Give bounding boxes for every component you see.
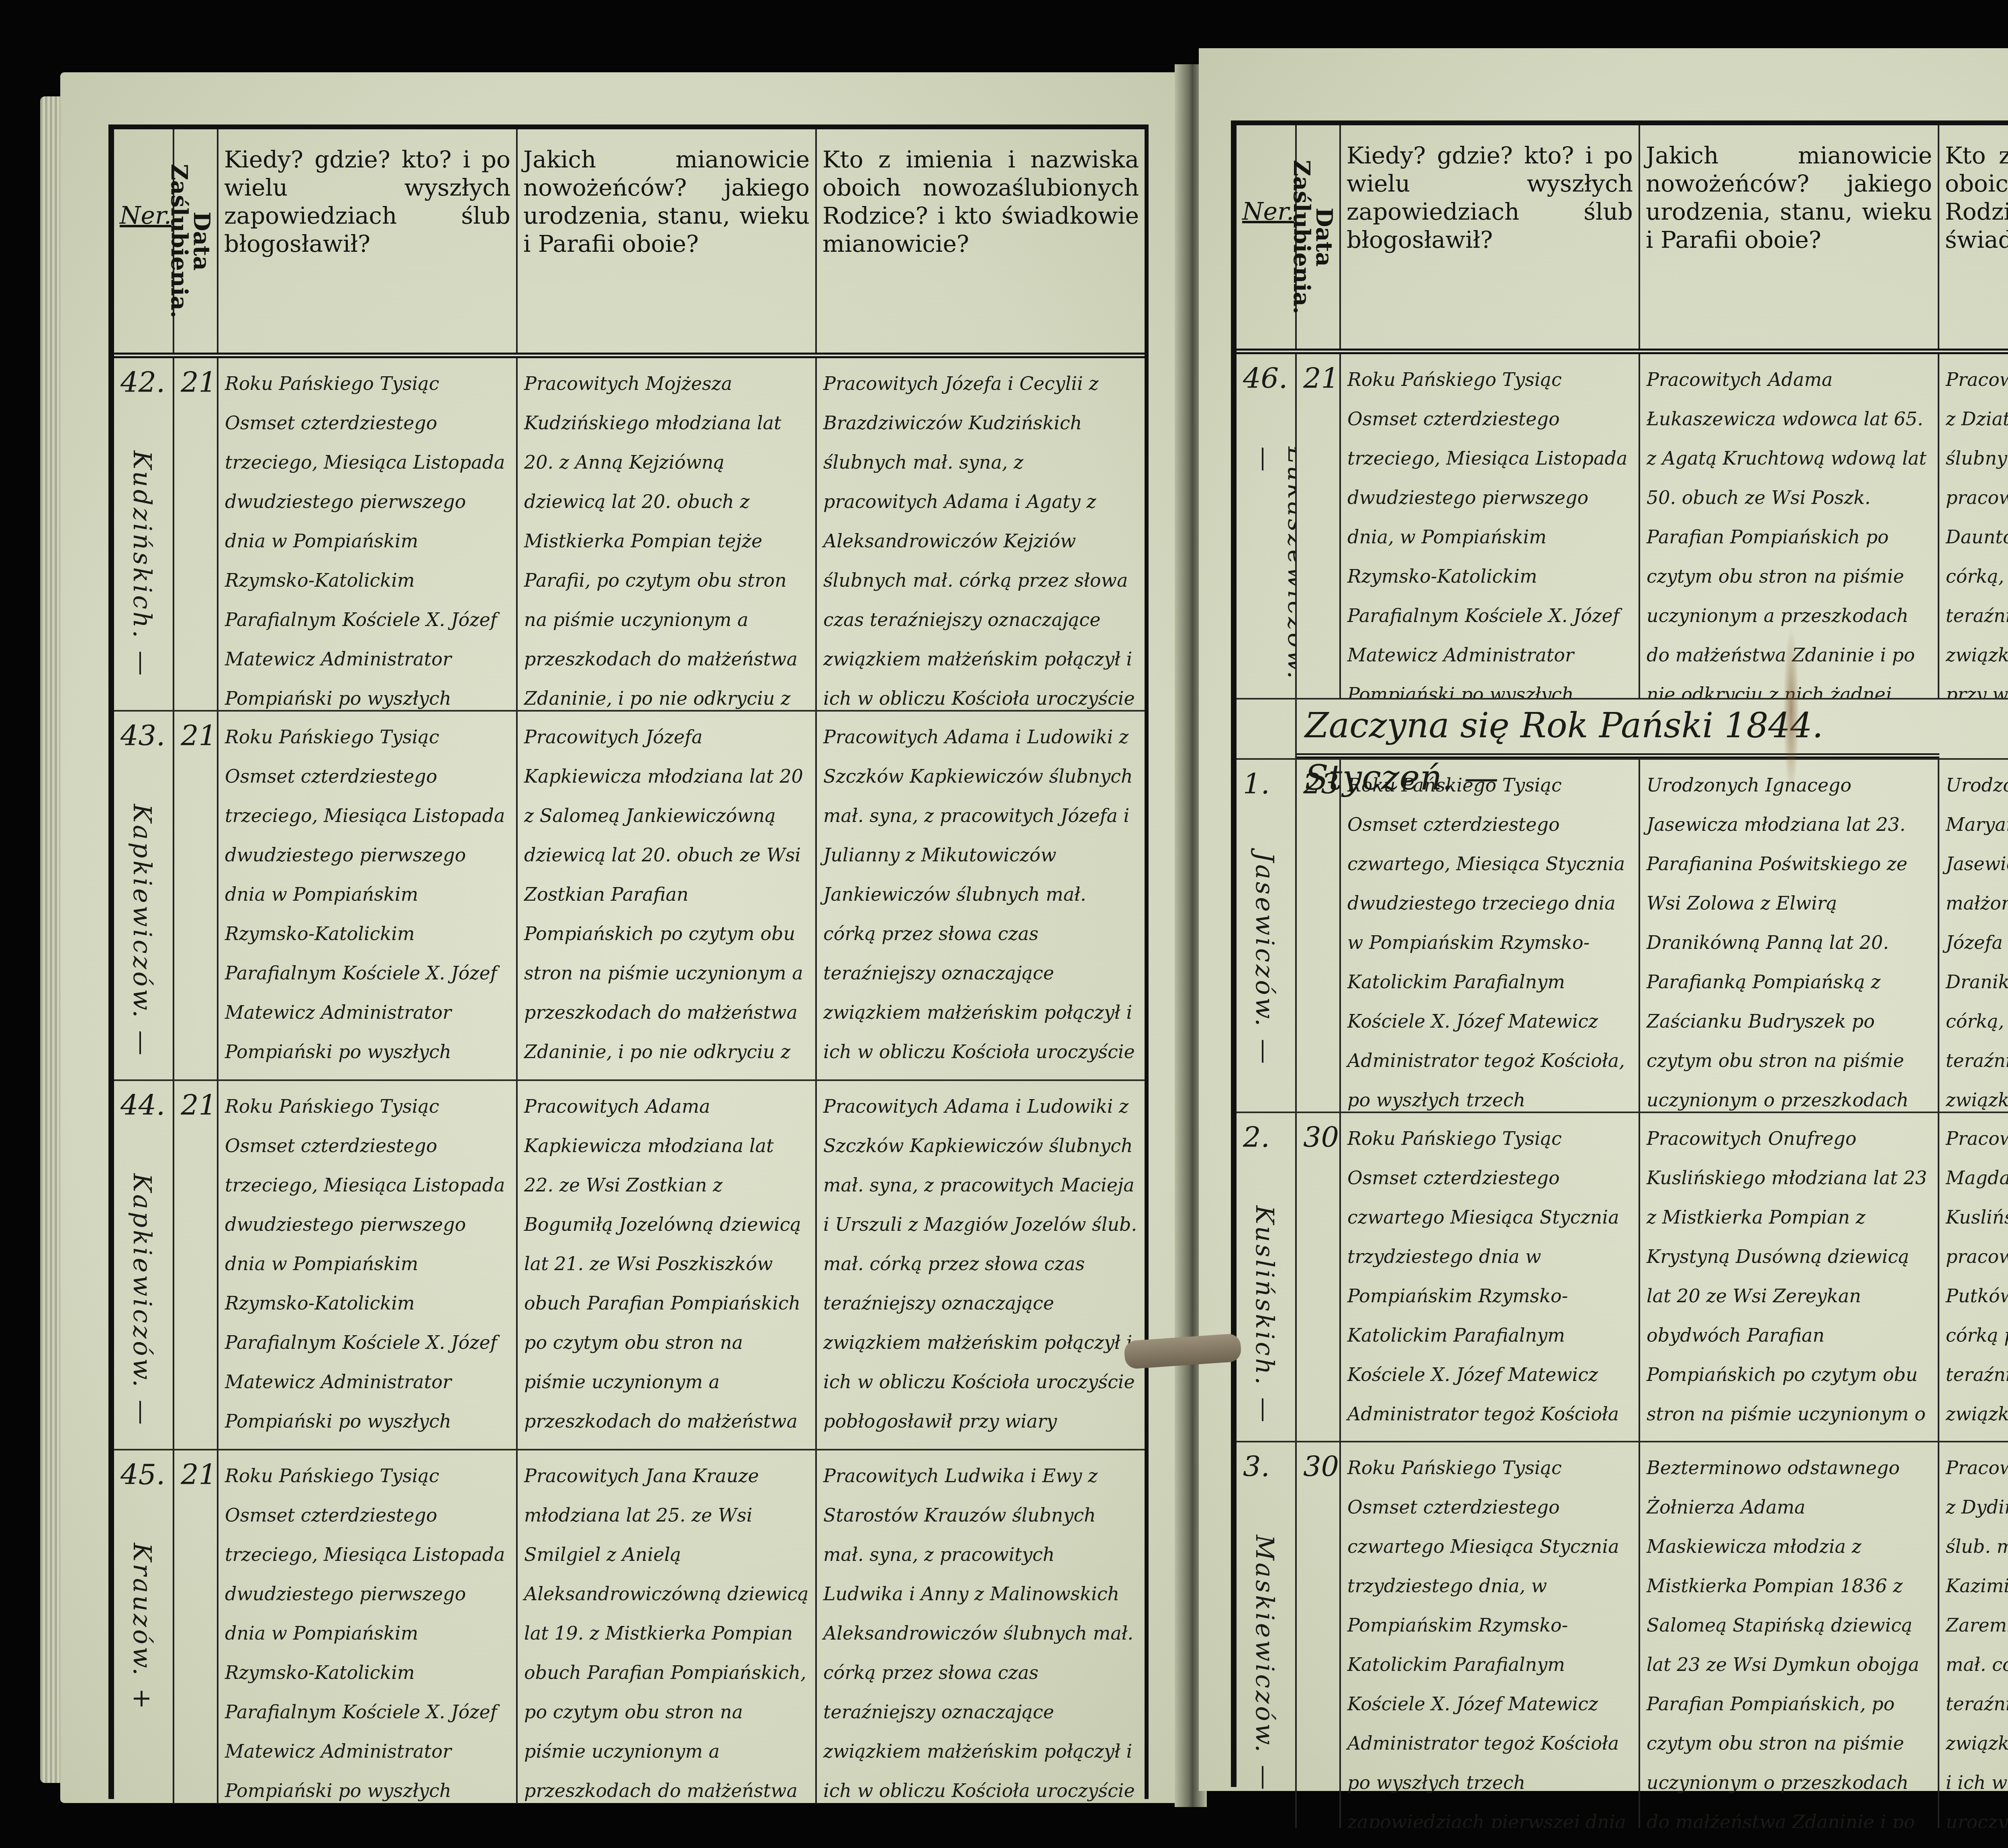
book-spread: Ner. Data Zaślubienia. Kiedy? gdzie? kto…	[0, 0, 2008, 1848]
register-table-right: Ner. Data Zaślubienia. Kiedy? gdzie? kto…	[1231, 120, 2008, 1787]
entry-parents: Pracowitych Wincentego i Magdaleny z Prz…	[1939, 1113, 2008, 1441]
entry-who: Pracowitych Onufrego Kuslińskiego młodzi…	[1640, 1113, 1939, 1441]
header-who: Jakich mianowicie nowożeńców? jakiego ur…	[518, 129, 817, 353]
entry-nr: 43.Kapkiewiczów. —	[114, 712, 174, 1079]
entry-nr: 3.Maskiewiczów. —	[1237, 1442, 1297, 1828]
entry-nr: 46.Łukaszewiczów. —	[1237, 354, 1297, 698]
entry-when: Roku Pańskiego Tysiąc Osmset czterdziest…	[218, 358, 518, 710]
table-header: Ner. Data Zaślubienia. Kiedy? gdzie? kto…	[114, 129, 1145, 358]
entry-when: Roku Pańskiego Tysiąc Osmset czterdziest…	[218, 1450, 518, 1804]
entry-who: Pracowitych Józefa Kapkiewicza młodziana…	[518, 712, 817, 1079]
entry-parents: Pracowitych Ludwika i Ewy z Starostów Kr…	[817, 1450, 1145, 1804]
entry-surname: Kuslińskich. —	[1249, 1205, 1281, 1425]
entry-surname: Jasewiczów. —	[1249, 852, 1281, 1066]
table-row: 44.Kapkiewiczów. — 21. Roku Pańskiego Ty…	[114, 1081, 1145, 1450]
header-nr: Ner.	[1237, 125, 1297, 349]
entry-surname: Kapkiewiczów. —	[126, 804, 158, 1058]
entry-parents: Pracowitych Józefa i Cecylii z Brazdziwi…	[817, 358, 1145, 710]
header-when: Kiedy? gdzie? kto? i po wielu wyszłych z…	[1341, 125, 1640, 349]
entry-date: 23.	[1297, 760, 1341, 1112]
entry-parents: Pracowitych Adama i Ludowiki z Szczków K…	[817, 1081, 1145, 1449]
entry-when: Roku Pańskiego Tysiąc Osmset czterdziest…	[1341, 1113, 1640, 1441]
entry-date: 30.	[1297, 1113, 1341, 1441]
table-row: 45.Krauzów. + 21. Roku Pańskiego Tysiąc …	[114, 1450, 1145, 1804]
entry-date: 21.	[1297, 354, 1341, 698]
entry-nr: 2.Kuslińskich. —	[1237, 1113, 1297, 1441]
entry-date: 21.	[174, 1081, 218, 1449]
entry-nr: 1.Jasewiczów. —	[1237, 760, 1297, 1112]
entry-surname: Kudzińskich. —	[126, 451, 158, 678]
entry-when: Roku Pańskiego Tysiąc Osmset czterdziest…	[218, 712, 518, 1079]
table-row: 42.Kudzińskich. — 21. Roku Pańskiego Tys…	[114, 358, 1145, 712]
banner-filler	[1939, 700, 2008, 758]
entry-who: Bezterminowo odstawnego Żołnierza Adama …	[1640, 1442, 1939, 1828]
banner-nr-spacer	[1237, 700, 1297, 758]
entry-surname: Krauzów. +	[126, 1543, 158, 1711]
entry-nr: 44.Kapkiewiczów. —	[114, 1081, 174, 1449]
table-header: Ner. Data Zaślubienia. Kiedy? gdzie? kto…	[1237, 125, 2008, 354]
header-parents: Kto z imienia i nazwiska oboich nowozaśl…	[1939, 125, 2008, 349]
entry-date: 21.	[174, 1450, 218, 1804]
table-row: 1.Jasewiczów. — 23. Roku Pańskiego Tysią…	[1237, 760, 2008, 1113]
entry-when: Roku Pańskiego Tysiąc Osmset czterdziest…	[1341, 354, 1640, 698]
entry-parents: Urodzonych Wiktorego i Maryanny z Dołubi…	[1939, 760, 2008, 1112]
left-page: Ner. Data Zaślubienia. Kiedy? gdzie? kto…	[60, 72, 1181, 1803]
header-when: Kiedy? gdzie? kto? i po wielu wyszłych z…	[218, 129, 518, 353]
entry-nr: 45.Krauzów. +	[114, 1450, 174, 1804]
header-who: Jakich mianowicie nowożeńców? jakiego ur…	[1640, 125, 1939, 349]
entry-date: 21.	[174, 358, 218, 710]
entry-nr: 42.Kudzińskich. —	[114, 358, 174, 710]
register-table-left: Ner. Data Zaślubienia. Kiedy? gdzie? kto…	[108, 124, 1149, 1799]
year-banner-text: Zaczyna się Rok Pański 1844. Styczeń. —	[1297, 700, 1939, 758]
entry-when: Roku Pańskiego Tysiąc Osmset czterdziest…	[218, 1081, 518, 1449]
header-date: Data Zaślubienia.	[1297, 125, 1341, 349]
entry-when: Roku Pańskiego Tysiąc Osmset czterdziest…	[1341, 1442, 1640, 1828]
entry-who: Pracowitych Mojżesza Kudzińskiego młodzi…	[518, 358, 817, 710]
entry-surname: Łukaszewiczów. —	[1249, 447, 1297, 698]
table-row: 2.Kuslińskich. — 30. Roku Pańskiego Tysi…	[1237, 1113, 2008, 1442]
entry-when: Roku Pańskiego Tysiąc Osmset czterdziest…	[1341, 760, 1640, 1112]
entry-parents: Pracowitych Józefa i Konstancyi z Dydins…	[1939, 1442, 2008, 1828]
entry-date: 30.	[1297, 1442, 1341, 1828]
header-date: Data Zaślubienia.	[174, 129, 218, 353]
header-parents: Kto z imienia i nazwiska oboich nowozaśl…	[817, 129, 1145, 353]
table-row: 43.Kapkiewiczów. — 21. Roku Pańskiego Ty…	[114, 712, 1145, 1081]
table-row: 3.Maskiewiczów. — 30. Roku Pańskiego Tys…	[1237, 1442, 2008, 1828]
year-banner: Zaczyna się Rok Pański 1844. Styczeń. —	[1237, 700, 2008, 760]
entry-parents: Pracowitych Jerzego i Katarzyny z Dziatk…	[1939, 354, 2008, 698]
entry-who: Pracowitych Jana Krauze młodziana lat 25…	[518, 1450, 817, 1804]
right-page: 44 Ner. Data Zaślubienia. Kiedy? gdzie? …	[1199, 48, 2008, 1791]
table-row: 46.Łukaszewiczów. — 21. Roku Pańskiego T…	[1237, 354, 2008, 700]
entry-date: 21.	[174, 712, 218, 1079]
ink-stain	[1783, 626, 1799, 795]
entry-who: Urodzonych Ignacego Jasewicza młodziana …	[1640, 760, 1939, 1112]
entry-parents: Pracowitych Adama i Ludowiki z Szczków K…	[817, 712, 1145, 1079]
entry-surname: Maskiewiczów. —	[1249, 1535, 1281, 1792]
header-nr: Ner.	[114, 129, 174, 353]
entry-who: Pracowitych Adama Kapkiewicza młodziana …	[518, 1081, 817, 1449]
entry-surname: Kapkiewiczów. —	[126, 1173, 158, 1427]
